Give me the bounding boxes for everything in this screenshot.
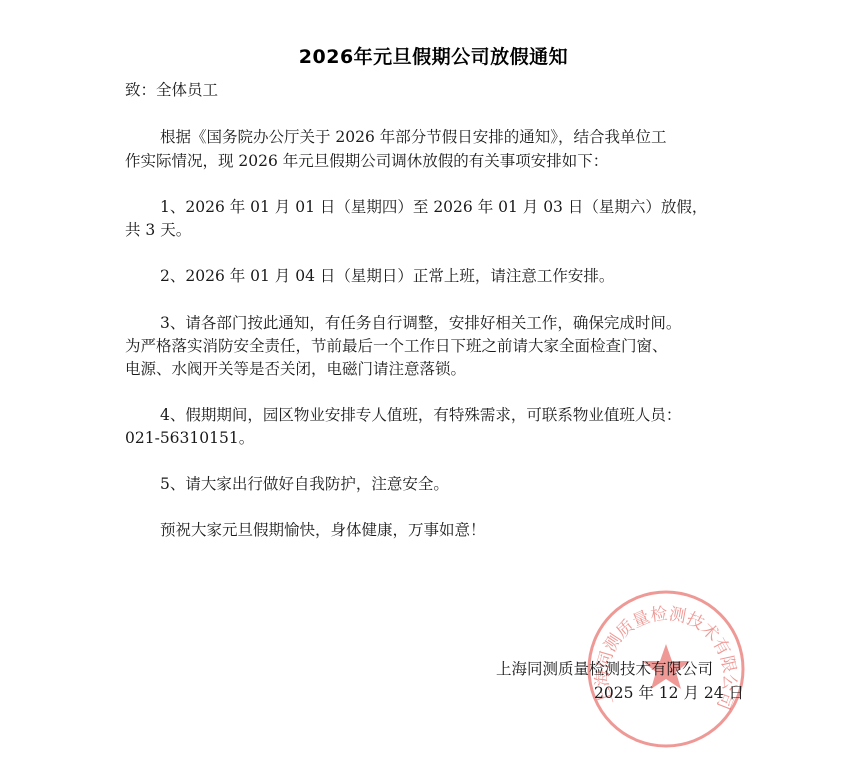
item-1-line-2: 共 3 天。 [125,220,191,240]
item-3-line-2: 为严格落实消防安全责任，节前最后一个工作日下班之前请大家全面检查门窗、 [125,336,668,356]
salutation: 致：全体员工 [125,80,218,100]
item-4-line-2: 021-56310151。 [125,428,254,448]
item-3-line-3: 电源、水阀开关等是否关闭，电磁门请注意落锁。 [125,359,466,379]
item-4-line-1: 4、假期期间，园区物业安排专人值班，有特殊需求，可联系物业值班人员： [160,405,681,425]
item-1-line-1: 1、2026 年 01 月 01 日（星期四）至 2026 年 01 月 03 … [160,197,707,217]
signature-company: 上海同测质量检测技术有限公司 [496,657,713,679]
item-2-line-1: 2、2026 年 01 月 04 日（星期日）正常上班，请注意工作安排。 [160,266,614,286]
item-3-line-1: 3、请各部门按此通知，有任务自行调整，安排好相关工作，确保完成时间。 [160,313,681,333]
signature-date: 2025 年 12 月 24 日 [594,681,744,703]
document-title: 2026年元旦假期公司放假通知 [0,42,867,69]
item-5-line-1: 5、请大家出行做好自我防护，注意安全。 [160,474,449,494]
closing-line: 预祝大家元旦假期愉快，身体健康，万事如意！ [160,520,486,540]
notice-document: 2026年元旦假期公司放假通知 致：全体员工 根据《国务院办公厅关于 2026 … [0,0,867,760]
intro-line-1: 根据《国务院办公厅关于 2026 年部分节假日安排的通知》，结合我单位工 [160,127,667,147]
intro-line-2: 作实际情况，现 2026 年元旦假期公司调休放假的有关事项安排如下： [125,151,608,171]
